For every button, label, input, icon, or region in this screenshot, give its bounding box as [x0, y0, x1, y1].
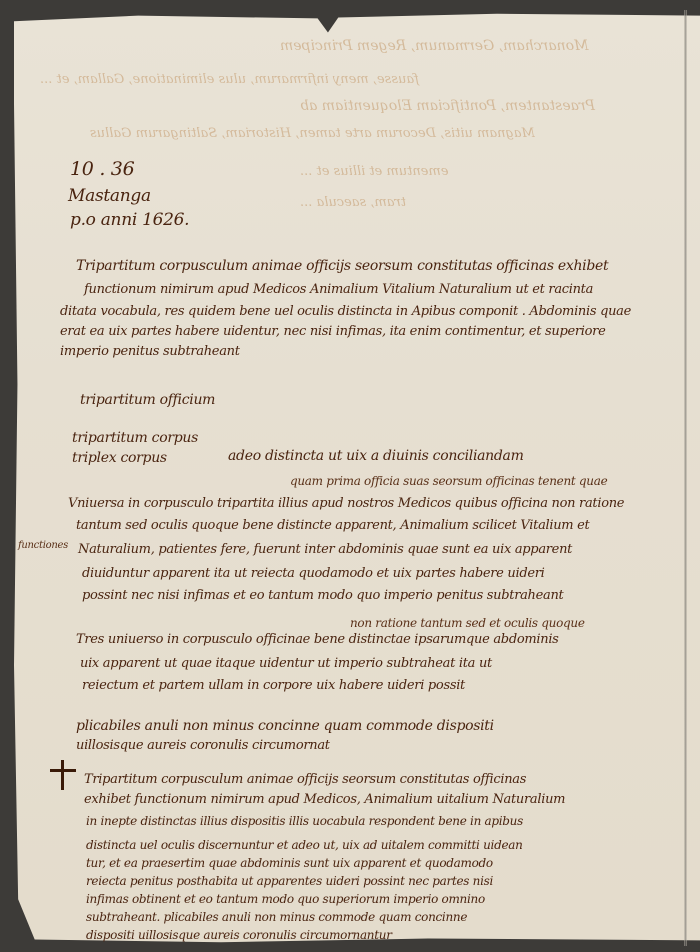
cross-marker-icon	[50, 760, 76, 790]
outline-line: tripartitum officium	[80, 392, 215, 408]
heading-date: p.o anni 1626.	[70, 210, 189, 230]
paragraph-line: dispositi uillosisque aureis coronulis c…	[86, 928, 392, 942]
margin-note: functiones	[18, 540, 68, 551]
paragraph-line: distincta uel oculis discernuntur et ade…	[86, 838, 523, 852]
paragraph-line: infimas obtinent et eo tantum modo quo s…	[86, 892, 485, 906]
paragraph-line: tur, et ea praesertim quae abdominis sun…	[86, 856, 493, 870]
paragraph-line: imperio penitus subtraheant	[60, 344, 240, 359]
paragraph-line: uillosisque aureis coronulis circumornat	[76, 738, 330, 753]
paragraph-line: Naturalium, patientes fere, fuerunt inte…	[78, 542, 572, 557]
paragraph-line: ditata vocabula, res quidem bene uel ocu…	[60, 304, 631, 319]
outline-line: triplex corpus	[72, 450, 167, 466]
paragraph-line: reiecta penitus posthabita ut apparentes…	[86, 874, 493, 888]
bleed-through-line: fausse, meny infirmarum, ulus eliminatio…	[40, 72, 419, 87]
outline-line: tripartitum corpus	[72, 430, 198, 446]
paragraph-line: exhibet functionum nimirum apud Medicos,…	[84, 792, 565, 807]
bleed-through-line: ementum et illius et ...	[300, 164, 448, 179]
paragraph-line: tantum sed oculis quoque bene distincte …	[76, 518, 589, 533]
folio-number: 10 . 36	[70, 158, 134, 180]
paragraph-line: erat ea uix partes habere uidentur, nec …	[60, 324, 606, 339]
paragraph-line: possint nec nisi infimas et eo tantum mo…	[82, 588, 563, 603]
paragraph-line: subtraheant. plicabiles anuli non minus …	[86, 910, 467, 924]
paragraph-line: Tres uniuerso in corpusculo officinae be…	[76, 632, 559, 647]
paragraph-line: functionum nimirum apud Medicos Animaliu…	[84, 282, 593, 297]
paragraph-line: diuiduntur apparent ita ut reiecta quoda…	[82, 566, 545, 581]
bleed-through-line: Magnam uitis, Decorum arte tamen, Histor…	[90, 126, 535, 141]
heading-name: Mastanga	[68, 186, 151, 206]
paragraph-line: Tripartitum corpusculum animae officijs …	[84, 772, 526, 787]
bleed-through-line: Praestantem, Pontificiam Eloquentiam ab	[300, 98, 595, 114]
paragraph-line: uix apparent ut quae itaque uidentur ut …	[80, 656, 492, 671]
paragraph-line: Tripartitum corpusculum animae officijs …	[76, 258, 608, 274]
paragraph-line: Vniuersa in corpusculo tripartita illius…	[68, 496, 624, 511]
insertion-above-line: quam prima officia suas seorsum officina…	[290, 474, 607, 488]
insertion-above-line: non ratione tantum sed et oculis quoque	[350, 616, 585, 630]
page-fold-line	[684, 10, 687, 946]
paragraph-line: reiectum et partem ullam in corpore uix …	[82, 678, 465, 693]
paragraph-line: in inepte distinctas illius dispositis i…	[86, 814, 523, 828]
bleed-through-line: Monarcham, Germanum, Regem Principem	[280, 38, 588, 54]
inline-note: adeo distincta ut uix a diuinis concilia…	[228, 448, 524, 464]
bleed-through-line: tram, saecula ...	[300, 195, 406, 210]
paragraph-line: plicabiles anuli non minus concinne quam…	[76, 718, 494, 734]
